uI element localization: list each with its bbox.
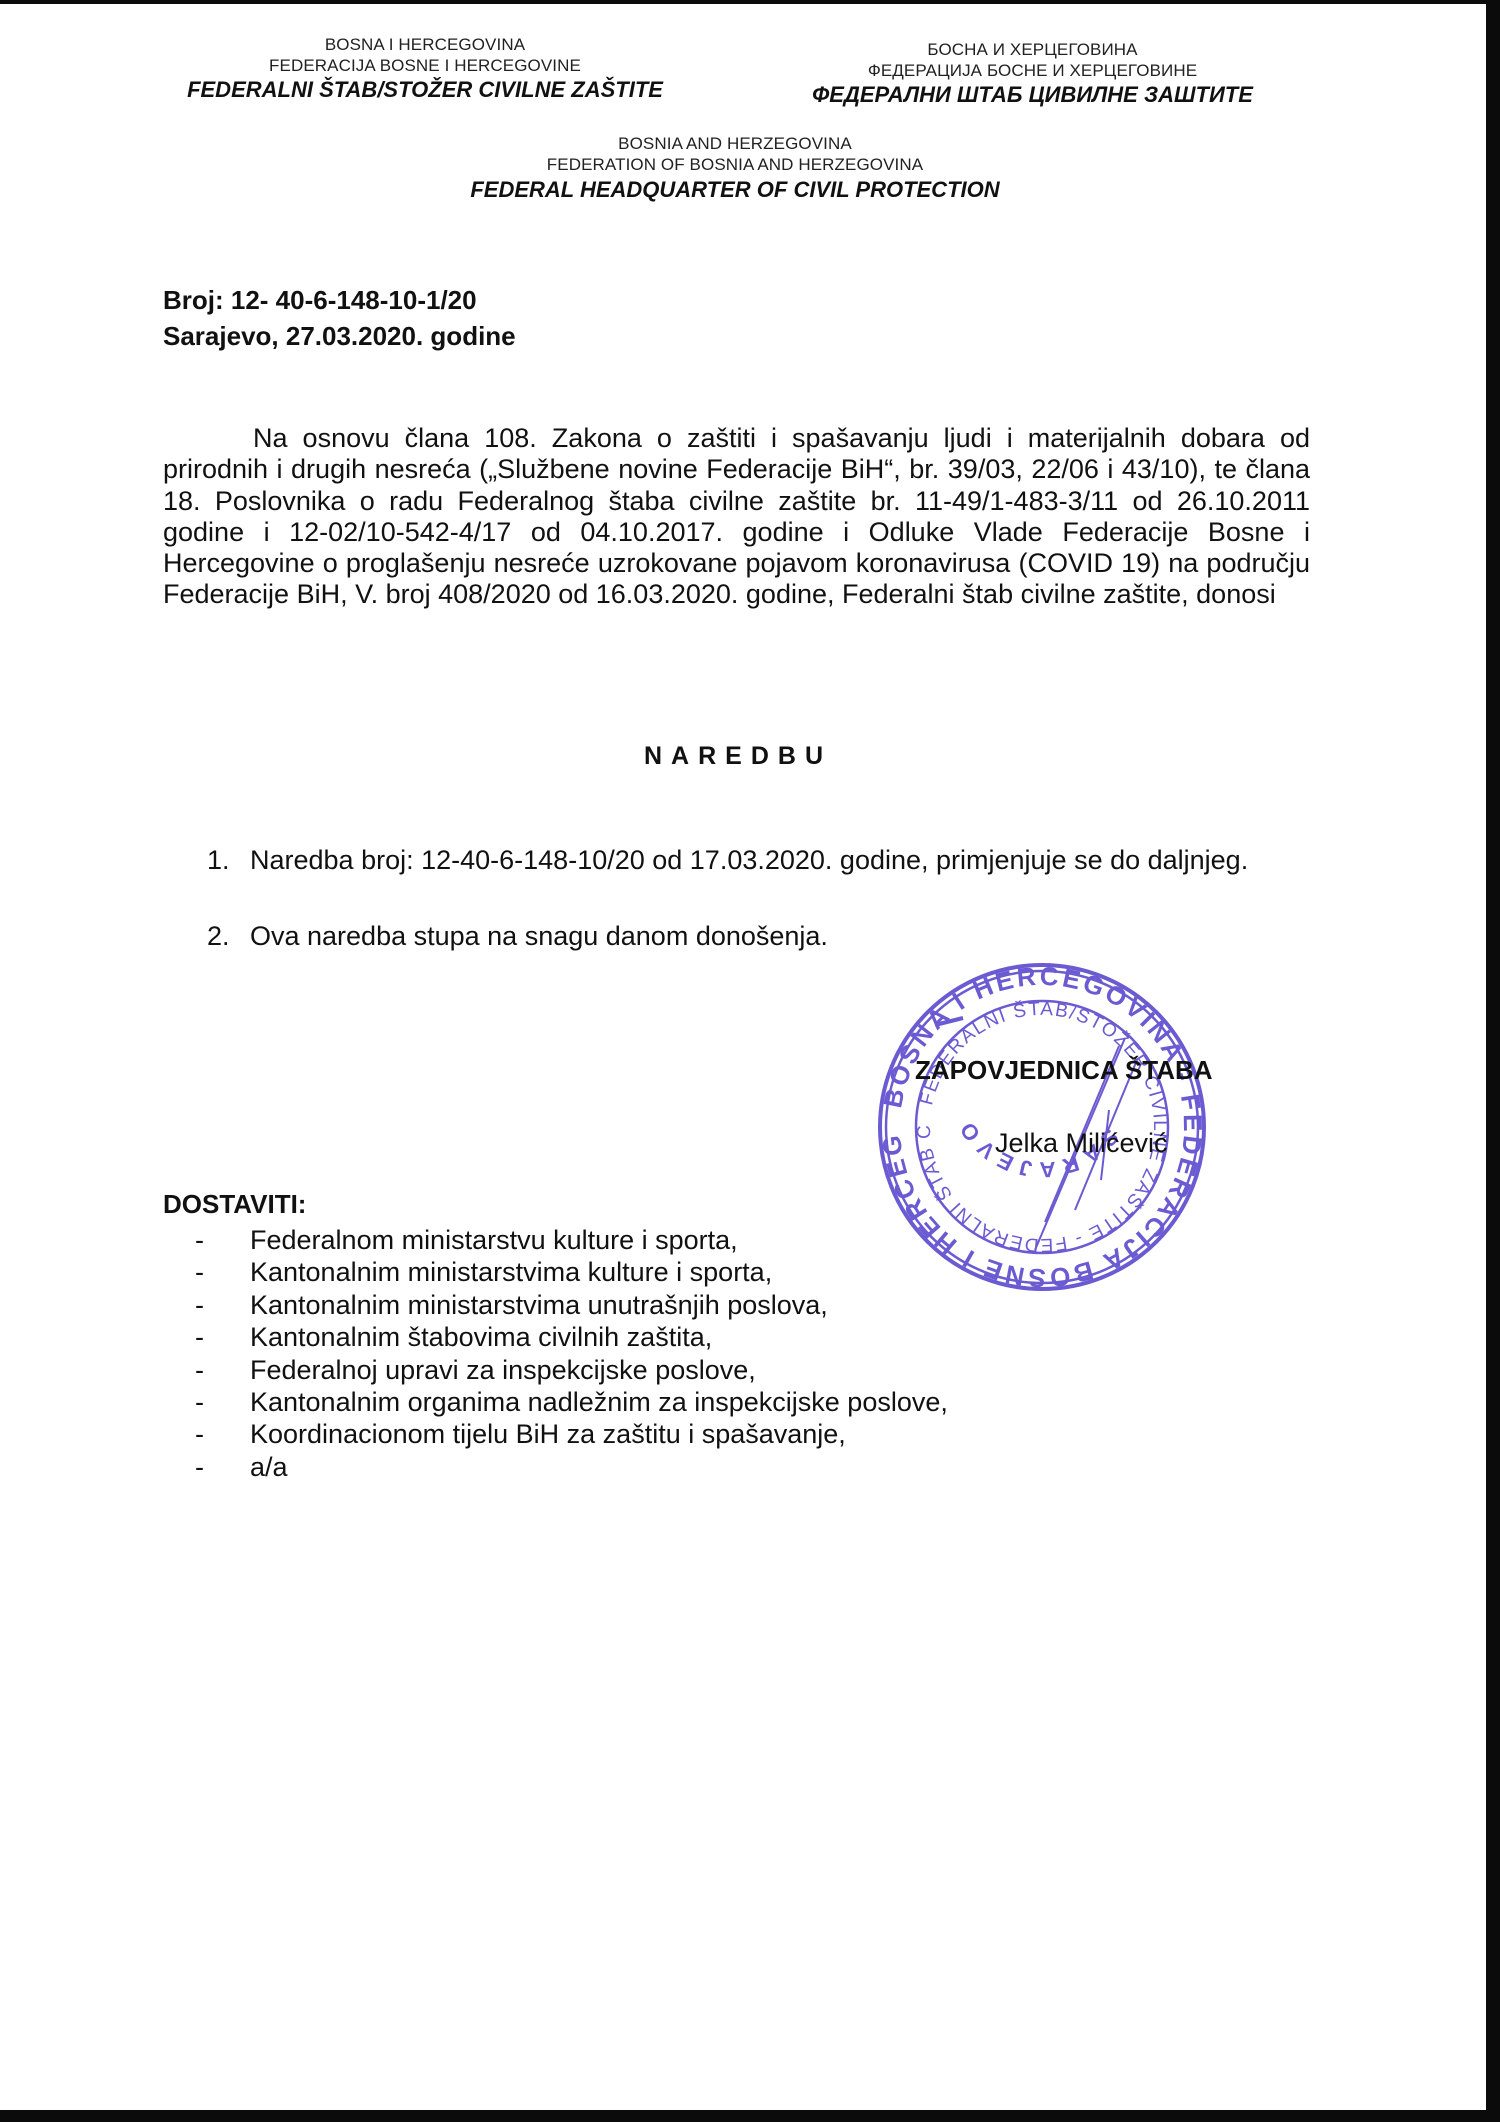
reference-number: Broj: 12- 40-6-148-10-1/20 — [163, 282, 516, 318]
list-dash: - — [195, 1451, 204, 1483]
preamble-paragraph: Na osnovu člana 108. Zakona o zaštiti i … — [163, 423, 1310, 611]
distribution-item: -Kantonalnim ministarstvima kulture i sp… — [163, 1256, 948, 1288]
distribution-list: -Federalnom ministarstvu kulture i sport… — [163, 1224, 948, 1483]
header-country: BOSNA I HERCEGOVINA — [150, 36, 700, 53]
header-cyrillic: БОСНА И ХЕРЦЕГОВИНА ФЕДЕРАЦИЈА БОСНЕ И Х… — [760, 41, 1305, 106]
header-institution: ФЕДЕРАЛНИ ШТАБ ЦИВИЛНЕ ЗАШТИТЕ — [760, 84, 1305, 106]
list-dash: - — [195, 1289, 204, 1321]
header-federation: FEDERATION OF BOSNIA AND HERZEGOVINA — [430, 156, 1040, 173]
order-number: 2. — [207, 921, 230, 952]
header-federation: FEDERACIJA BOSNE I HERCEGOVINE — [150, 57, 700, 74]
header-institution: FEDERAL HEADQUARTER OF CIVIL PROTECTION — [430, 179, 1040, 201]
list-dash: - — [195, 1256, 204, 1288]
signatory-title: ZAPOVJEDNICA ŠTABA — [915, 1055, 1213, 1086]
header-federation: ФЕДЕРАЦИЈА БОСНЕ И ХЕРЦЕГОВИНЕ — [760, 62, 1305, 79]
distribution-item: -Kantonalnim štabovima civilnih zaštita, — [163, 1321, 948, 1353]
order-number: 1. — [207, 845, 230, 876]
distribution-item: -a/a — [163, 1451, 948, 1483]
header-country: БОСНА И ХЕРЦЕГОВИНА — [760, 41, 1305, 58]
list-dash: - — [195, 1386, 204, 1418]
list-dash: - — [195, 1321, 204, 1353]
order-item: 1. Naredba broj: 12-40-6-148-10/20 od 17… — [207, 845, 1310, 876]
document-title: NAREDBU — [0, 742, 1476, 771]
distribution-item: -Kantonalnim organima nadležnim za inspe… — [163, 1386, 948, 1418]
order-text: Naredba broj: 12-40-6-148-10/20 od 17.03… — [250, 845, 1248, 875]
order-item: 2. Ova naredba stupa na snagu danom dono… — [207, 921, 910, 952]
distribution-heading: DOSTAVITI: — [163, 1189, 306, 1220]
scan-border-bottom — [0, 2110, 1500, 2122]
header-country: BOSNIA AND HERZEGOVINA — [430, 135, 1040, 152]
distribution-item: -Federalnom ministarstvu kulture i sport… — [163, 1224, 948, 1256]
header-english: BOSNIA AND HERZEGOVINA FEDERATION OF BOS… — [430, 135, 1040, 201]
distribution-item: -Kantonalnim ministarstvima unutrašnjih … — [163, 1289, 948, 1321]
list-dash: - — [195, 1354, 204, 1386]
distribution-item: -Federalnoj upravi za inspekcijske poslo… — [163, 1354, 948, 1386]
header-latin: BOSNA I HERCEGOVINA FEDERACIJA BOSNE I H… — [150, 36, 700, 101]
document-reference: Broj: 12- 40-6-148-10-1/20 Sarajevo, 27.… — [163, 282, 516, 354]
orders-list: 1. Naredba broj: 12-40-6-148-10/20 od 17… — [207, 845, 1310, 952]
scan-border-right — [1486, 0, 1500, 2122]
signatory-name: Jelka Milićević — [995, 1128, 1168, 1159]
scan-border-top — [0, 0, 1500, 4]
list-dash: - — [195, 1224, 204, 1256]
place-and-date: Sarajevo, 27.03.2020. godine — [163, 318, 516, 354]
order-text: Ova naredba stupa na snagu danom donošen… — [250, 921, 828, 951]
header-institution: FEDERALNI ŠTAB/STOŽER CIVILNE ZAŠTITE — [150, 79, 700, 101]
list-dash: - — [195, 1418, 204, 1450]
distribution-item: -Koordinacionom tijelu BiH za zaštitu i … — [163, 1418, 948, 1450]
